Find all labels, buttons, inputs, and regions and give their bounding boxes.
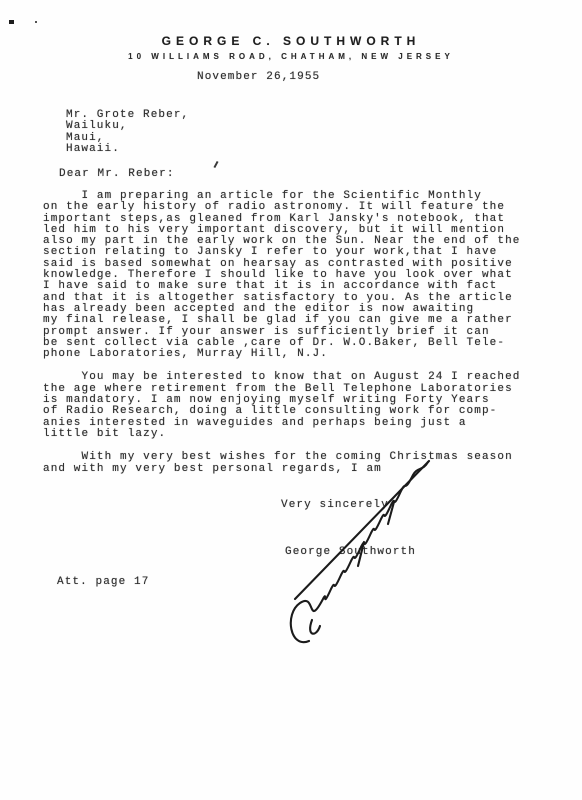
letterhead-name: GEORGE C. SOUTHWORTH	[0, 34, 582, 48]
signature-handwritten	[276, 450, 444, 652]
letter-body: I am preparing an article for the Scient…	[43, 191, 551, 487]
body-paragraph: You may be interested to know that on Au…	[43, 372, 551, 440]
salutation: Dear Mr. Reber:	[59, 169, 175, 180]
scan-artifact-dot	[35, 21, 37, 23]
letterhead-address: 10 WILLIAMS ROAD, CHATHAM, NEW JERSEY	[0, 52, 582, 61]
date-line: November 26,1955	[197, 72, 320, 83]
scan-artifact-dot	[9, 20, 14, 24]
attachment-note: Att. page 17	[57, 577, 149, 588]
recipient-address-line: Hawaii.	[66, 144, 189, 155]
recipient-address-line: Wailuku,	[66, 121, 189, 132]
letter-page: GEORGE C. SOUTHWORTH 10 WILLIAMS ROAD, C…	[0, 0, 582, 800]
scan-artifact-tick	[213, 161, 218, 168]
body-paragraph: I am preparing an article for the Scient…	[43, 191, 551, 360]
recipient-address-block: Mr. Grote Reber,Wailuku,Maui,Hawaii.	[66, 110, 189, 155]
